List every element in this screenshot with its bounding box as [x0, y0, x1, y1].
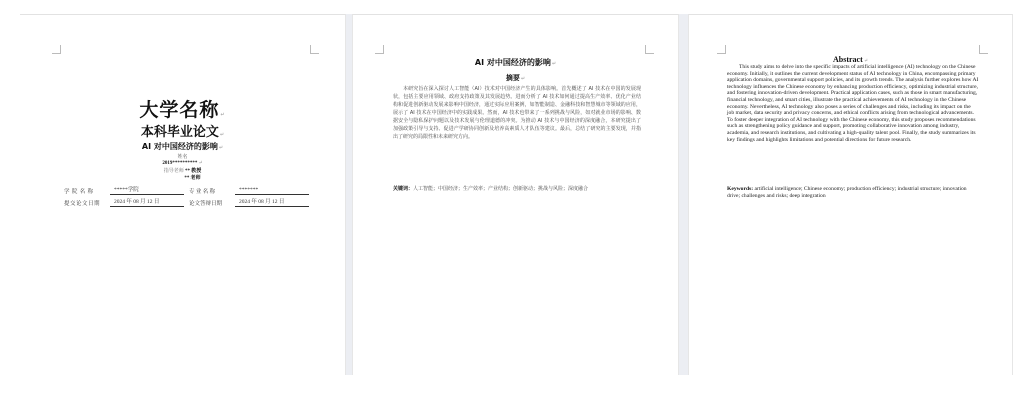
margin-corner-mark [375, 45, 384, 54]
college-row: 学 院 名 称 *****学院 专 业 名 称 ******* [64, 185, 309, 195]
margin-corner-mark [645, 45, 654, 54]
margin-corner-mark [52, 45, 61, 54]
submit-date-field[interactable]: 2024 年 08 月 12 日 [110, 197, 184, 207]
abstract-cn-keywords: 关键词：人工智能；中国经济；生产效率；产业结构；创新驱动；挑战与风险；深度融合 [393, 185, 641, 193]
field-label: 专 业 名 称 [189, 187, 235, 195]
university-name: 大学名称↵ [20, 95, 345, 122]
name-label: 姓名 [20, 153, 345, 160]
abstract-en-body: This study aims to delve into the specif… [727, 64, 979, 143]
student-id: 2019**********↵ [20, 160, 345, 166]
abstract-cn-title: AI 对中国经济的影响↵ [353, 57, 678, 68]
abstract-cn-body: 本研究旨在深入探讨人工智能（AI）技术对中国经济产生的具体影响。首先概述了 AI… [393, 85, 641, 141]
advisor-line-2: ** 老师 [20, 174, 345, 181]
abstract-en-keywords: Keywords: artificial intelligence; Chine… [727, 186, 979, 199]
margin-corner-mark [717, 45, 726, 54]
margin-corner-mark [979, 45, 988, 54]
defense-date-field[interactable]: 2024 年 08 月 12 日 [235, 197, 309, 207]
thesis-type: 本科毕业论文↵ [20, 121, 345, 140]
page-gap [679, 14, 688, 375]
major-field[interactable]: ******* [235, 187, 309, 195]
field-label: 论文答辩日期 [189, 199, 235, 207]
page-abstract-en[interactable]: Abstract↵ This study aims to delve into … [688, 14, 1013, 375]
page-cover[interactable]: 大学名称↵ 本科毕业论文↵ AI 对中国经济的影响↵ 姓名 2019******… [20, 14, 346, 375]
margin-corner-mark [310, 45, 319, 54]
advisor-line: 指导老师 ** 教授 [20, 167, 345, 174]
college-field[interactable]: *****学院 [110, 185, 184, 195]
page-abstract-cn[interactable]: AI 对中国经济的影响↵ 摘要↵ 本研究旨在深入探讨人工智能（AI）技术对中国经… [352, 14, 679, 375]
field-label: 提交论文日期 [64, 199, 110, 207]
abstract-cn-heading: 摘要↵ [353, 73, 678, 83]
abstract-en-heading: Abstract↵ [689, 55, 1012, 64]
field-label: 学 院 名 称 [64, 187, 110, 195]
date-row: 提交论文日期 2024 年 08 月 12 日 论文答辩日期 2024 年 08… [64, 197, 309, 207]
thesis-title: AI 对中国经济的影响↵ [20, 141, 345, 152]
